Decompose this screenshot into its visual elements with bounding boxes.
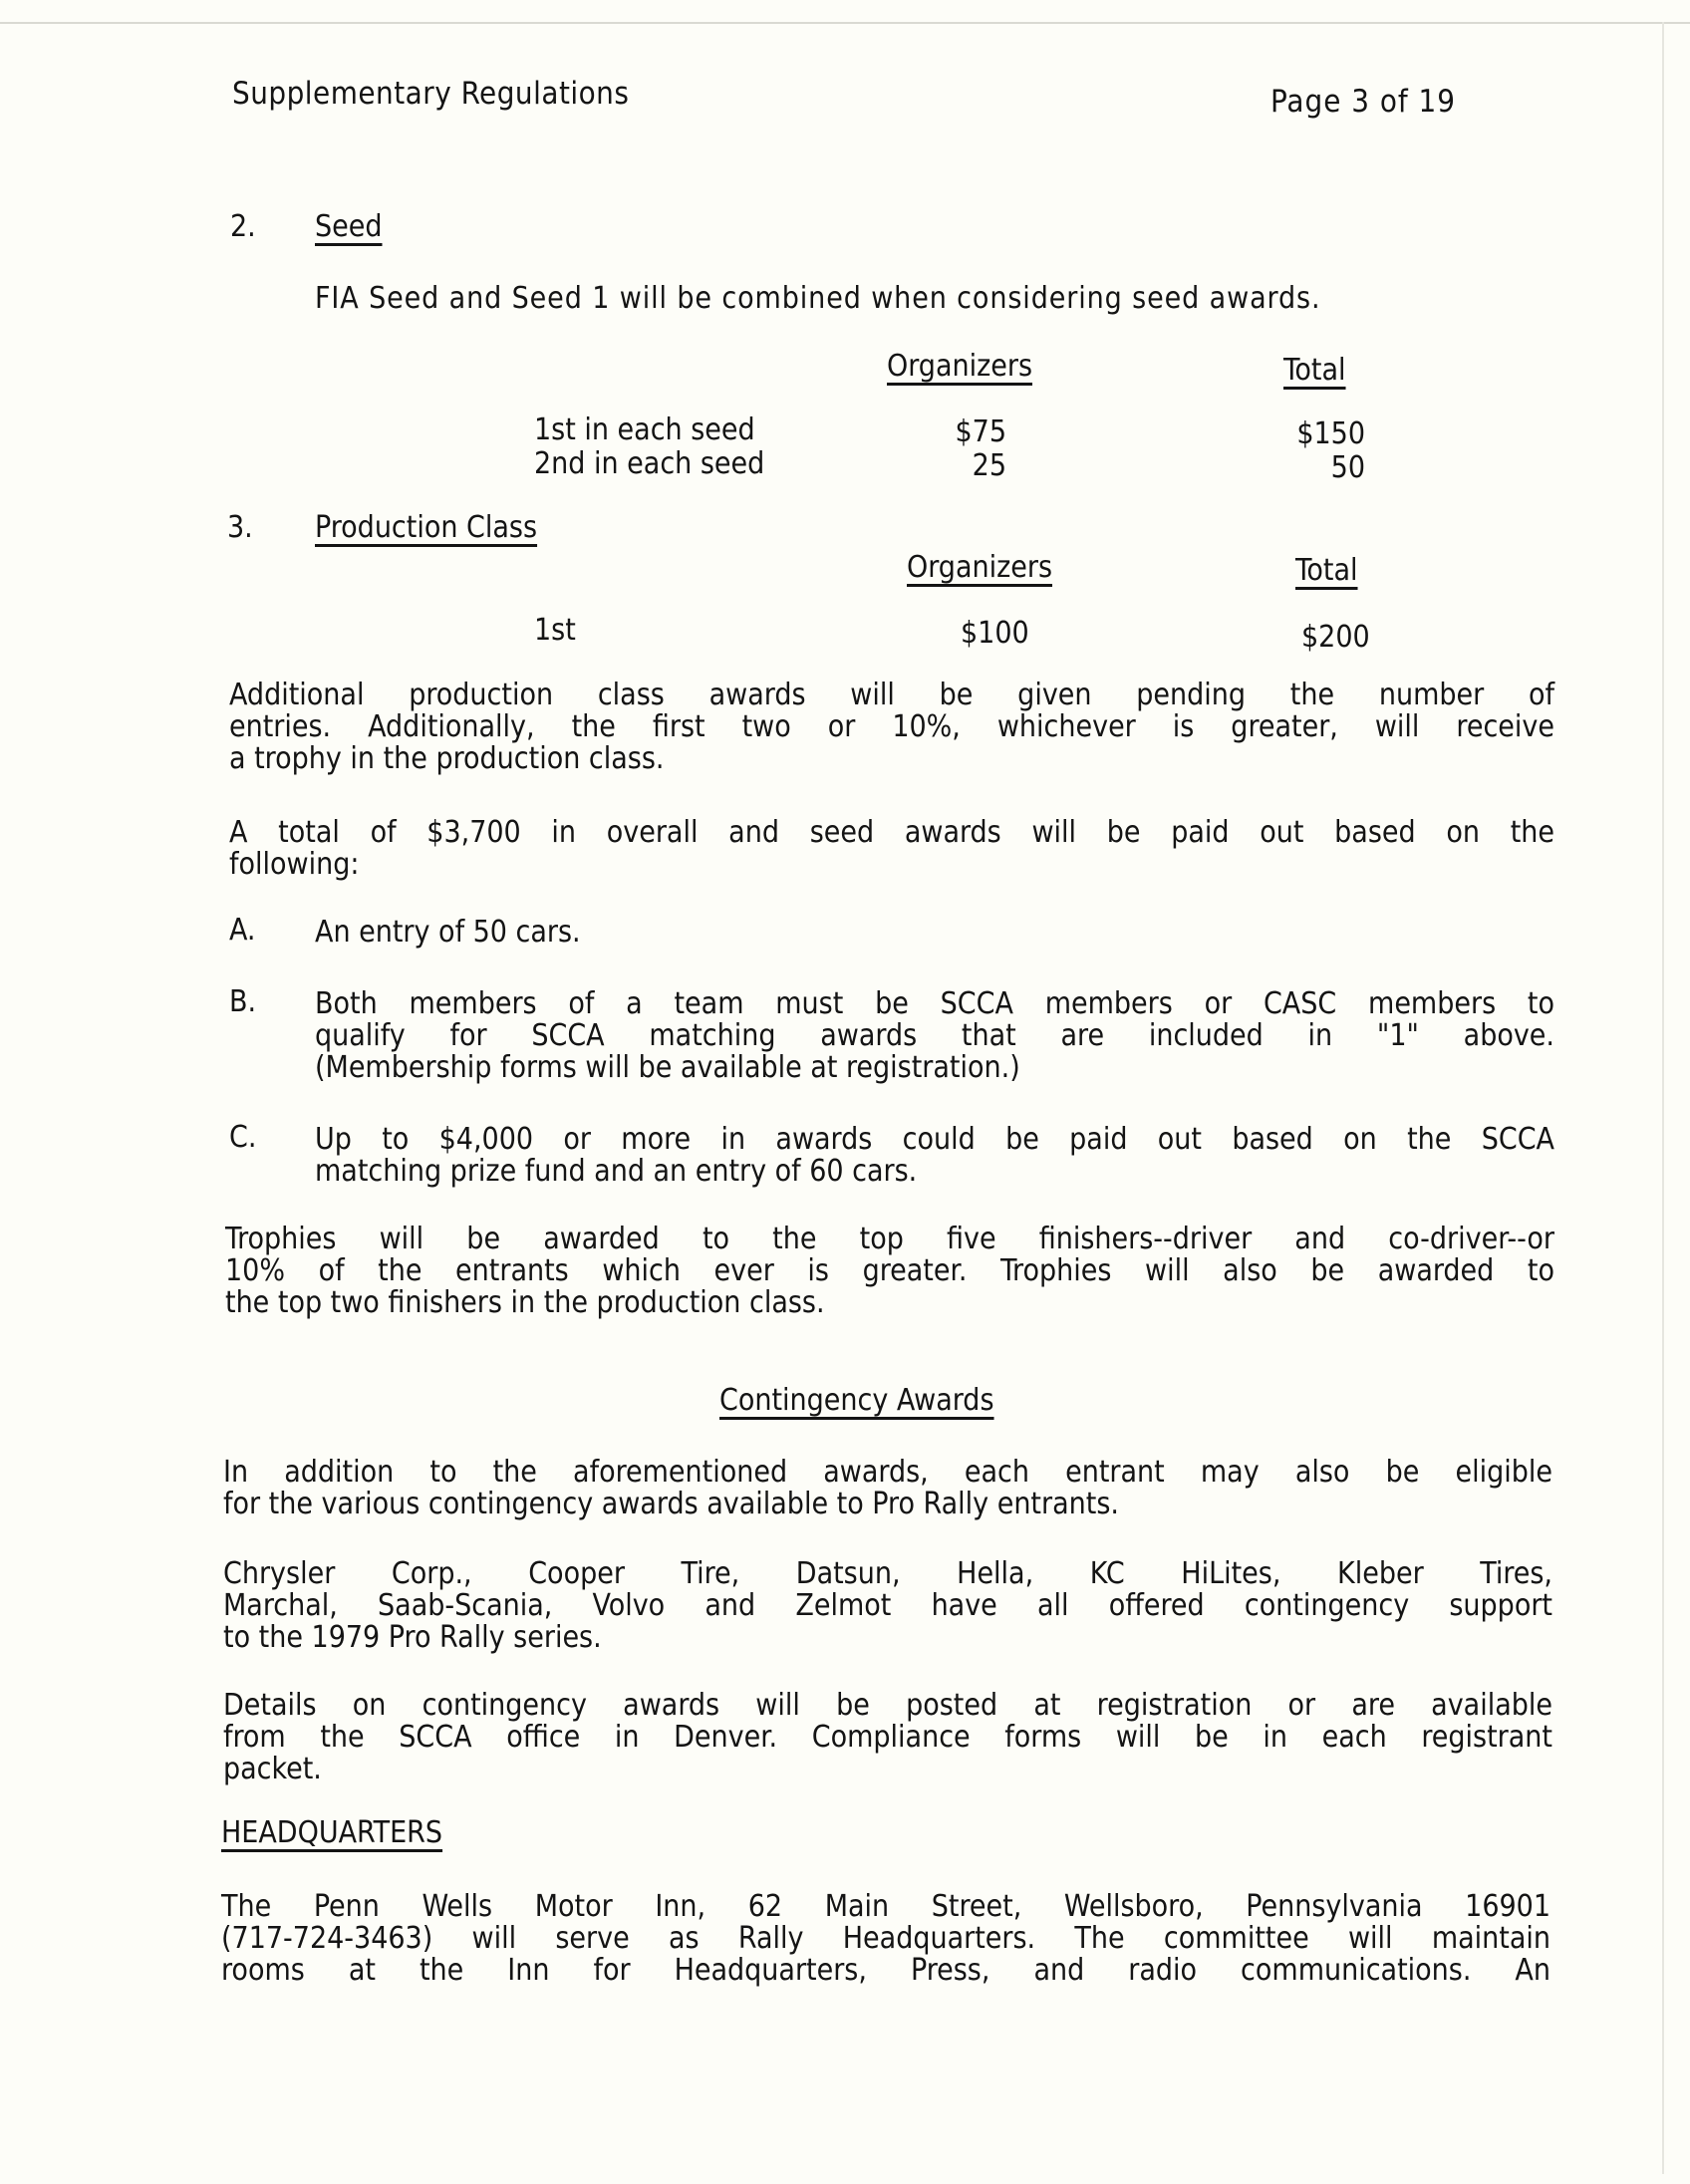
- paragraph-line: (717-724-3463) will serve as Rally Headq…: [221, 1923, 1550, 1955]
- paragraph-line: Chrysler Corp., Cooper Tire, Datsun, Hel…: [223, 1558, 1552, 1590]
- section-heading-seed: Seed: [315, 211, 383, 243]
- section-heading-production-class: Production Class: [315, 512, 537, 544]
- page-edge: [0, 22, 1690, 24]
- list-marker: C.: [229, 1122, 256, 1154]
- paragraph-line: In addition to the aforementioned awards…: [223, 1457, 1552, 1489]
- paragraph-line: A total of $3,700 in overall and seed aw…: [229, 817, 1554, 849]
- award-row-total: 50: [1285, 452, 1365, 484]
- trophies-paragraph: Trophies will be awarded to the top five…: [225, 1224, 1554, 1319]
- list-item-text: An entry of 50 cars.: [315, 917, 581, 949]
- paragraph-line: qualify for SCCA matching awards that ar…: [315, 1020, 1554, 1052]
- paragraph-line: matching prize fund and an entry of 60 c…: [315, 1156, 1554, 1188]
- award-row-organizers: $100: [961, 618, 1029, 650]
- paragraph-line: to the 1979 Pro Rally series.: [223, 1622, 1552, 1654]
- paragraph-line: the top two finishers in the production …: [225, 1287, 1554, 1319]
- column-header-organizers: Organizers: [907, 552, 1052, 584]
- paragraph-line: Details on contingency awards will be po…: [223, 1690, 1552, 1722]
- paragraph-line: following:: [229, 849, 1554, 881]
- list-marker: A.: [229, 915, 256, 947]
- paragraph-line: packet.: [223, 1754, 1552, 1785]
- award-row-label: 2nd in each seed: [534, 448, 764, 480]
- list-marker: B.: [229, 986, 256, 1018]
- section-heading-headquarters: HEADQUARTERS: [221, 1817, 442, 1849]
- column-header-total: Total: [1295, 555, 1358, 587]
- section-number: 3.: [227, 512, 253, 544]
- document-title: Supplementary Regulations: [232, 78, 629, 110]
- award-row-total: $200: [1301, 622, 1370, 654]
- award-row-organizers: 25: [927, 450, 1006, 482]
- paragraph-line: (Membership forms will be available at r…: [315, 1052, 1554, 1084]
- page-number: Page 3 of 19: [1270, 86, 1456, 118]
- paragraph-line: entries. Additionally, the first two or …: [229, 711, 1554, 743]
- paragraph-line: 10% of the entrants which ever is greate…: [225, 1255, 1554, 1287]
- paragraph-line: Marchal, Saab-Scania, Volvo and Zelmot h…: [223, 1590, 1552, 1622]
- paragraph-line: for the various contingency awards avail…: [223, 1489, 1552, 1520]
- award-row-organizers: $75: [927, 416, 1006, 448]
- contingency-paragraph: In addition to the aforementioned awards…: [223, 1457, 1552, 1520]
- paragraph-line: a trophy in the production class.: [229, 743, 1554, 775]
- total-awards-paragraph: A total of $3,700 in overall and seed aw…: [229, 817, 1554, 881]
- paragraph-line: Trophies will be awarded to the top five…: [225, 1224, 1554, 1255]
- list-item-text: Up to $4,000 or more in awards could be …: [315, 1124, 1554, 1188]
- award-row-label: 1st in each seed: [534, 414, 755, 446]
- headquarters-paragraph: The Penn Wells Motor Inn, 62 Main Street…: [221, 1891, 1550, 1987]
- award-row-total: $150: [1285, 418, 1365, 450]
- paragraph-line: from the SCCA office in Denver. Complian…: [223, 1722, 1552, 1754]
- seed-description: FIA Seed and Seed 1 will be combined whe…: [315, 283, 1320, 315]
- column-header-total: Total: [1283, 355, 1346, 387]
- column-header-organizers: Organizers: [887, 351, 1032, 383]
- list-item-text: Both members of a team must be SCCA memb…: [315, 988, 1554, 1084]
- section-heading-contingency-awards: Contingency Awards: [719, 1385, 994, 1417]
- production-paragraph: Additional production class awards will …: [229, 680, 1554, 775]
- paragraph-line: Both members of a team must be SCCA memb…: [315, 988, 1554, 1020]
- paragraph-line: rooms at the Inn for Headquarters, Press…: [221, 1955, 1550, 1987]
- award-row-label: 1st: [534, 615, 576, 647]
- contingency-sponsors-paragraph: Chrysler Corp., Cooper Tire, Datsun, Hel…: [223, 1558, 1552, 1654]
- paragraph-line: Additional production class awards will …: [229, 680, 1554, 711]
- section-number: 2.: [230, 211, 256, 243]
- paragraph-line: The Penn Wells Motor Inn, 62 Main Street…: [221, 1891, 1550, 1923]
- page-edge: [1662, 22, 1664, 2174]
- paragraph-line: Up to $4,000 or more in awards could be …: [315, 1124, 1554, 1156]
- contingency-details-paragraph: Details on contingency awards will be po…: [223, 1690, 1552, 1785]
